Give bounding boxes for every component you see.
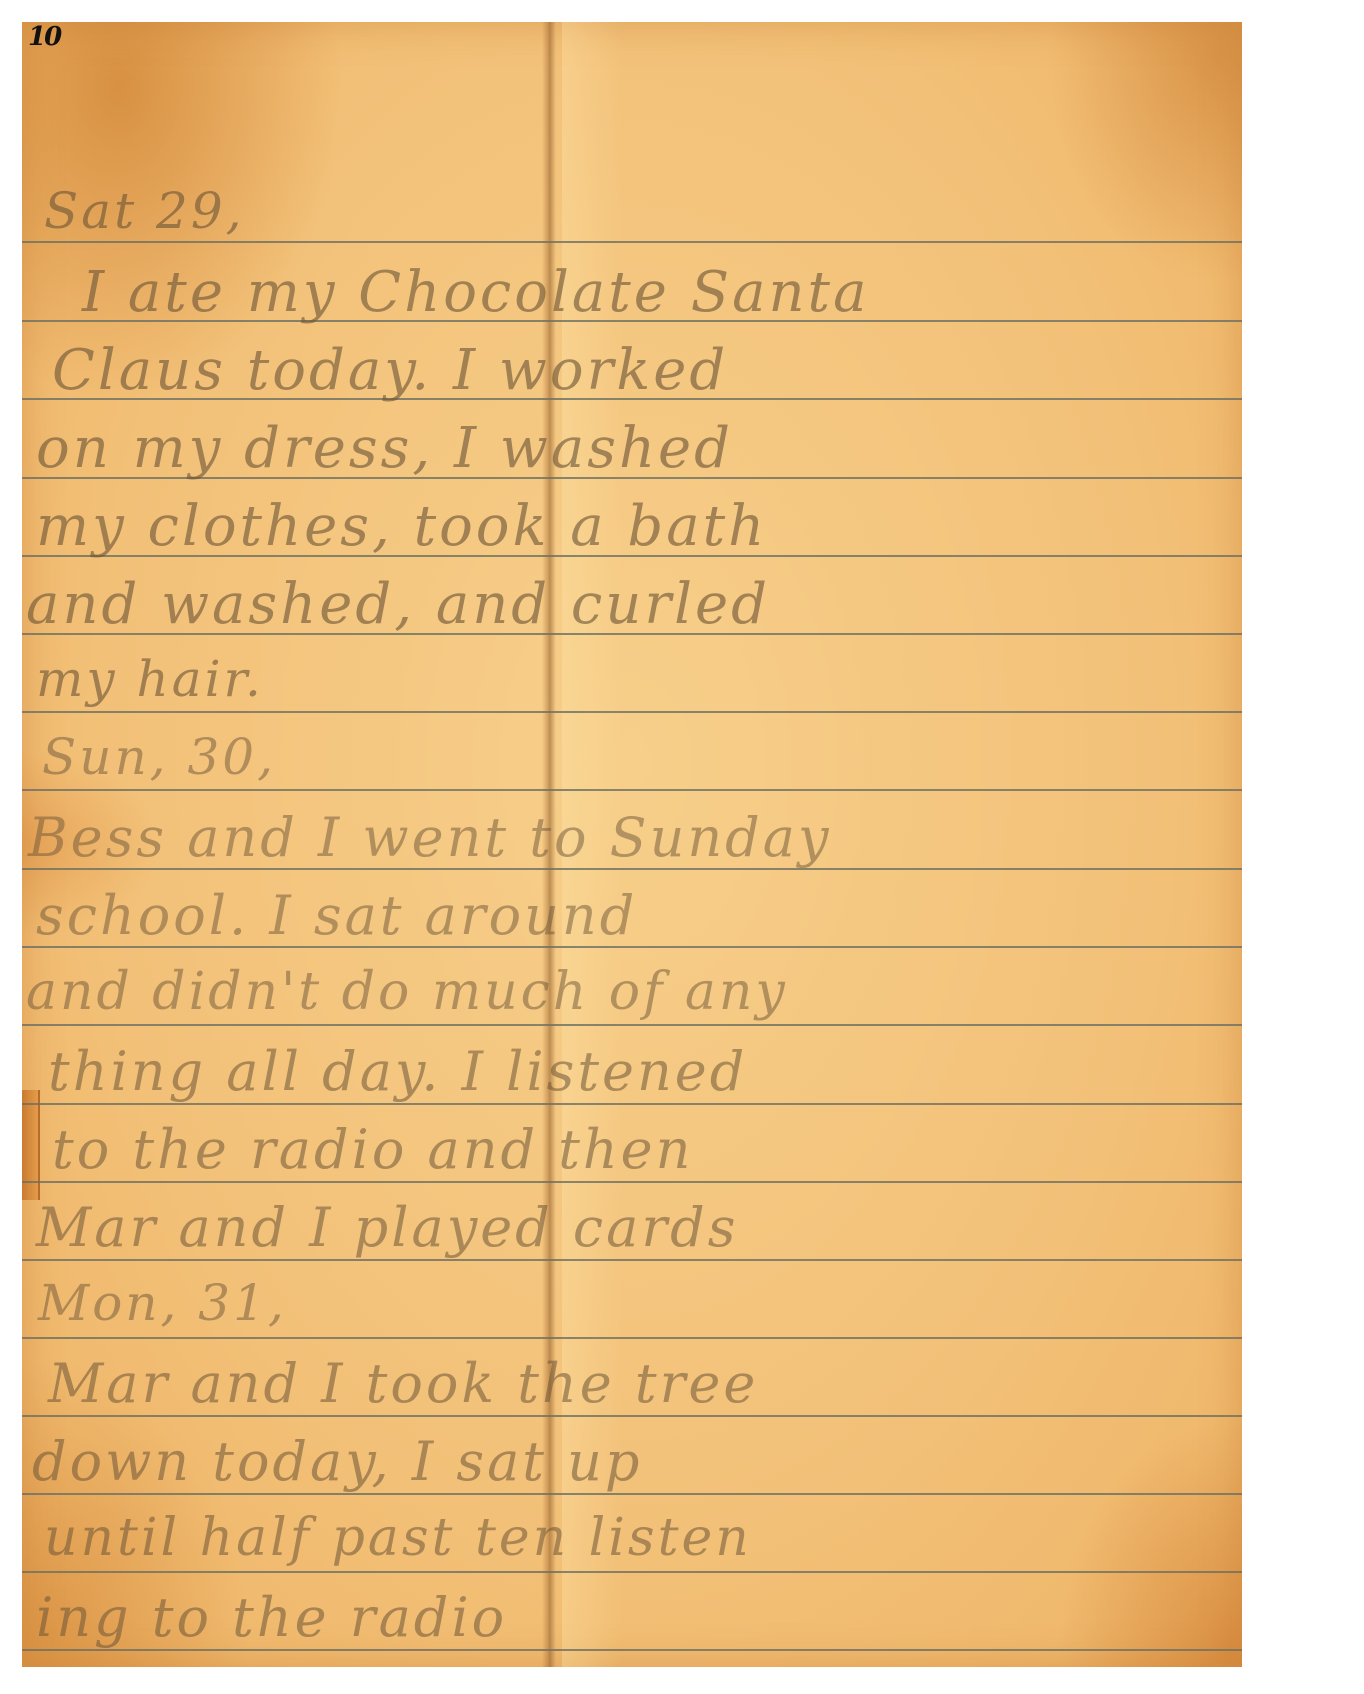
entry-line: school. I sat around (36, 884, 637, 947)
entry-line: my hair. (36, 650, 264, 708)
ruled-line (22, 241, 1242, 243)
torn-edge (22, 1090, 40, 1200)
entry-line: Mar and I played cards (36, 1196, 738, 1259)
entry-line: Mar and I took the tree (48, 1352, 758, 1415)
ruled-line (22, 1181, 1242, 1183)
entry-line: Bess and I went to Sunday (28, 806, 831, 869)
ruled-line (22, 1649, 1242, 1651)
entry-line: down today, I sat up (32, 1430, 643, 1493)
ruled-line (22, 711, 1242, 713)
entry-line: and washed, and curled (26, 572, 770, 637)
ruled-line (22, 1493, 1242, 1495)
diary-page: 10 Sat 29, I ate my Chocolate Santa Clau… (22, 22, 1242, 1667)
entry-line: and didn't do much of any (26, 962, 788, 1022)
entry-line: I ate my Chocolate Santa (82, 260, 869, 325)
ruled-line (22, 789, 1242, 791)
ruled-line (22, 1259, 1242, 1261)
entry-line: until half past ten listen (44, 1508, 752, 1568)
page-number: 10 (28, 22, 60, 52)
ruled-line (22, 1415, 1242, 1417)
ruled-line (22, 1337, 1242, 1339)
entry-date: Mon, 31, (38, 1274, 287, 1332)
entry-line: thing all day. I listened (48, 1040, 747, 1103)
entry-line: my clothes, took a bath (36, 494, 767, 559)
ruled-line (22, 1024, 1242, 1026)
entry-date: Sat 29, (44, 182, 245, 240)
entry-line: ing to the radio (36, 1586, 507, 1649)
ruled-line (22, 1103, 1242, 1105)
ruled-line (22, 1571, 1242, 1573)
entry-line: on my dress, I washed (36, 416, 733, 481)
entry-date: Sun, 30, (42, 728, 276, 786)
entry-line: to the radio and then (52, 1118, 693, 1181)
entry-line: Claus today. I worked (52, 338, 728, 403)
